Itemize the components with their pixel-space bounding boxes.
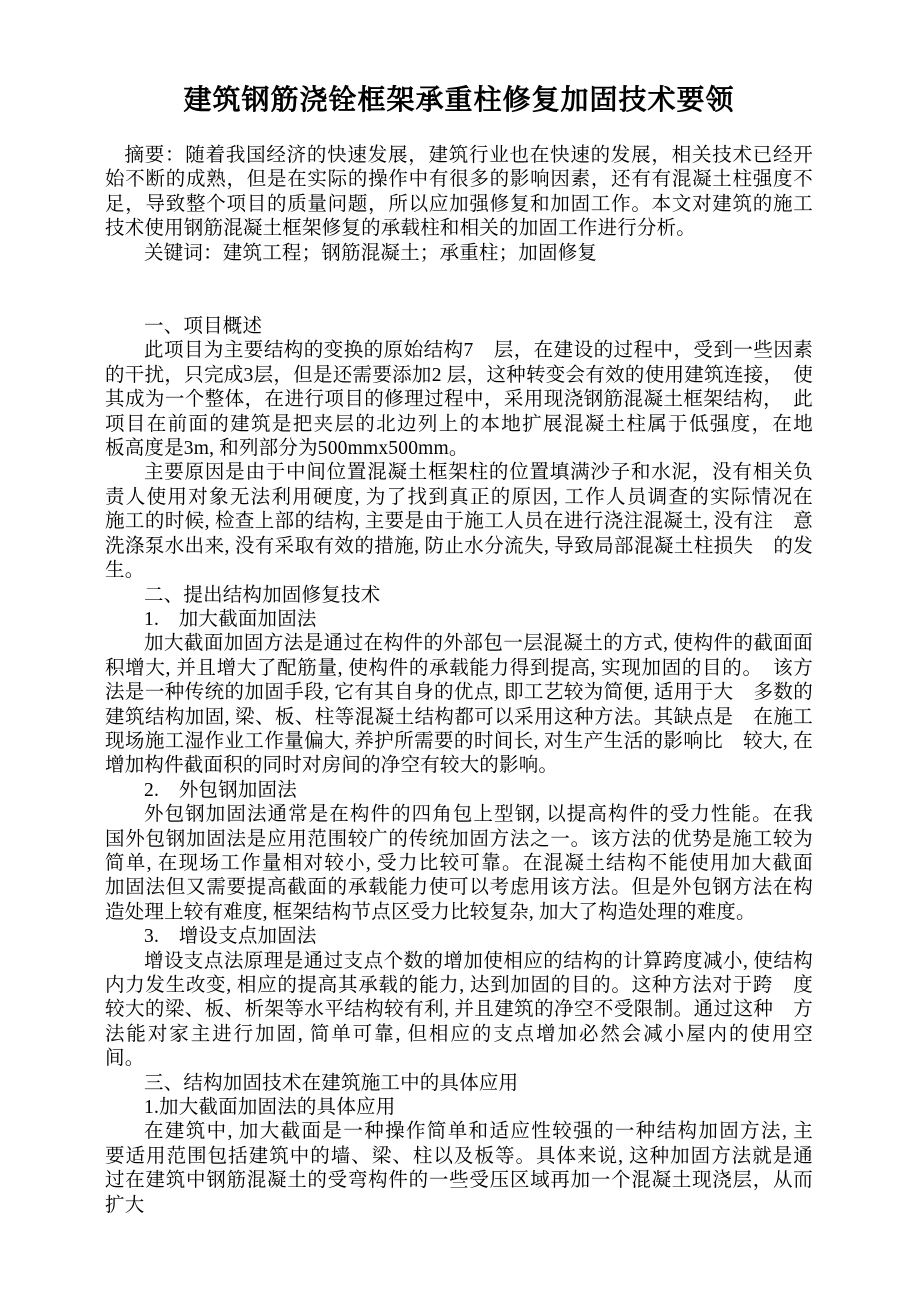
list-item-heading-3: 3. 增设支点加固法 <box>105 925 813 949</box>
section-heading-1: 一、项目概述 <box>105 315 813 339</box>
paragraph: 加大截面加固方法是通过在构件的外部包一层混凝土的方式, 使构件的截面面积增大, … <box>105 632 813 778</box>
paragraph: 外包钢加固法通常是在构件的四角包上型钢, 以提高构件的受力性能。在我 国外包钢加… <box>105 803 813 925</box>
blank-space <box>105 266 813 315</box>
paragraph: 在建筑中, 加大截面是一种操作简单和适应性较强的一种结构加固方法, 主 要适用范… <box>105 1120 813 1218</box>
document-title: 建筑钢筋浇铨框架承重柱修复加固技术要领 <box>105 84 813 118</box>
subsection-heading: 1.加大截面加固法的具体应用 <box>105 1096 813 1120</box>
paragraph: 增设支点法原理是通过支点个数的增加使相应的结构的计算跨度减小, 使结构内力发生改… <box>105 950 813 1072</box>
paragraph: 此项目为主要结构的变换的原始结构7 层，在建设的过程中，受到一些因素的干扰，只完… <box>105 339 813 461</box>
paragraph: 主要原因是由于中间位置混凝土框架柱的位置填满沙子和水泥，没有相关负责人使用对象无… <box>105 461 813 583</box>
abstract-paragraph: 摘要：随着我国经济的快速发展，建筑行业也在快速的发展，相关技术已经开始不断的成熟… <box>105 144 813 242</box>
list-item-heading-2: 2. 外包钢加固法 <box>105 779 813 803</box>
section-heading-2: 二、提出结构加固修复技术 <box>105 584 813 608</box>
list-item-heading-1: 1. 加大截面加固法 <box>105 608 813 632</box>
section-heading-3: 三、结构加固技术在建筑施工中的具体应用 <box>105 1072 813 1096</box>
keywords-line: 关键词：建筑工程；钢筋混凝土；承重柱；加固修复 <box>105 242 813 266</box>
document-page: 建筑钢筋浇铨框架承重柱修复加固技术要领 摘要：随着我国经济的快速发展，建筑行业也… <box>0 0 920 1302</box>
